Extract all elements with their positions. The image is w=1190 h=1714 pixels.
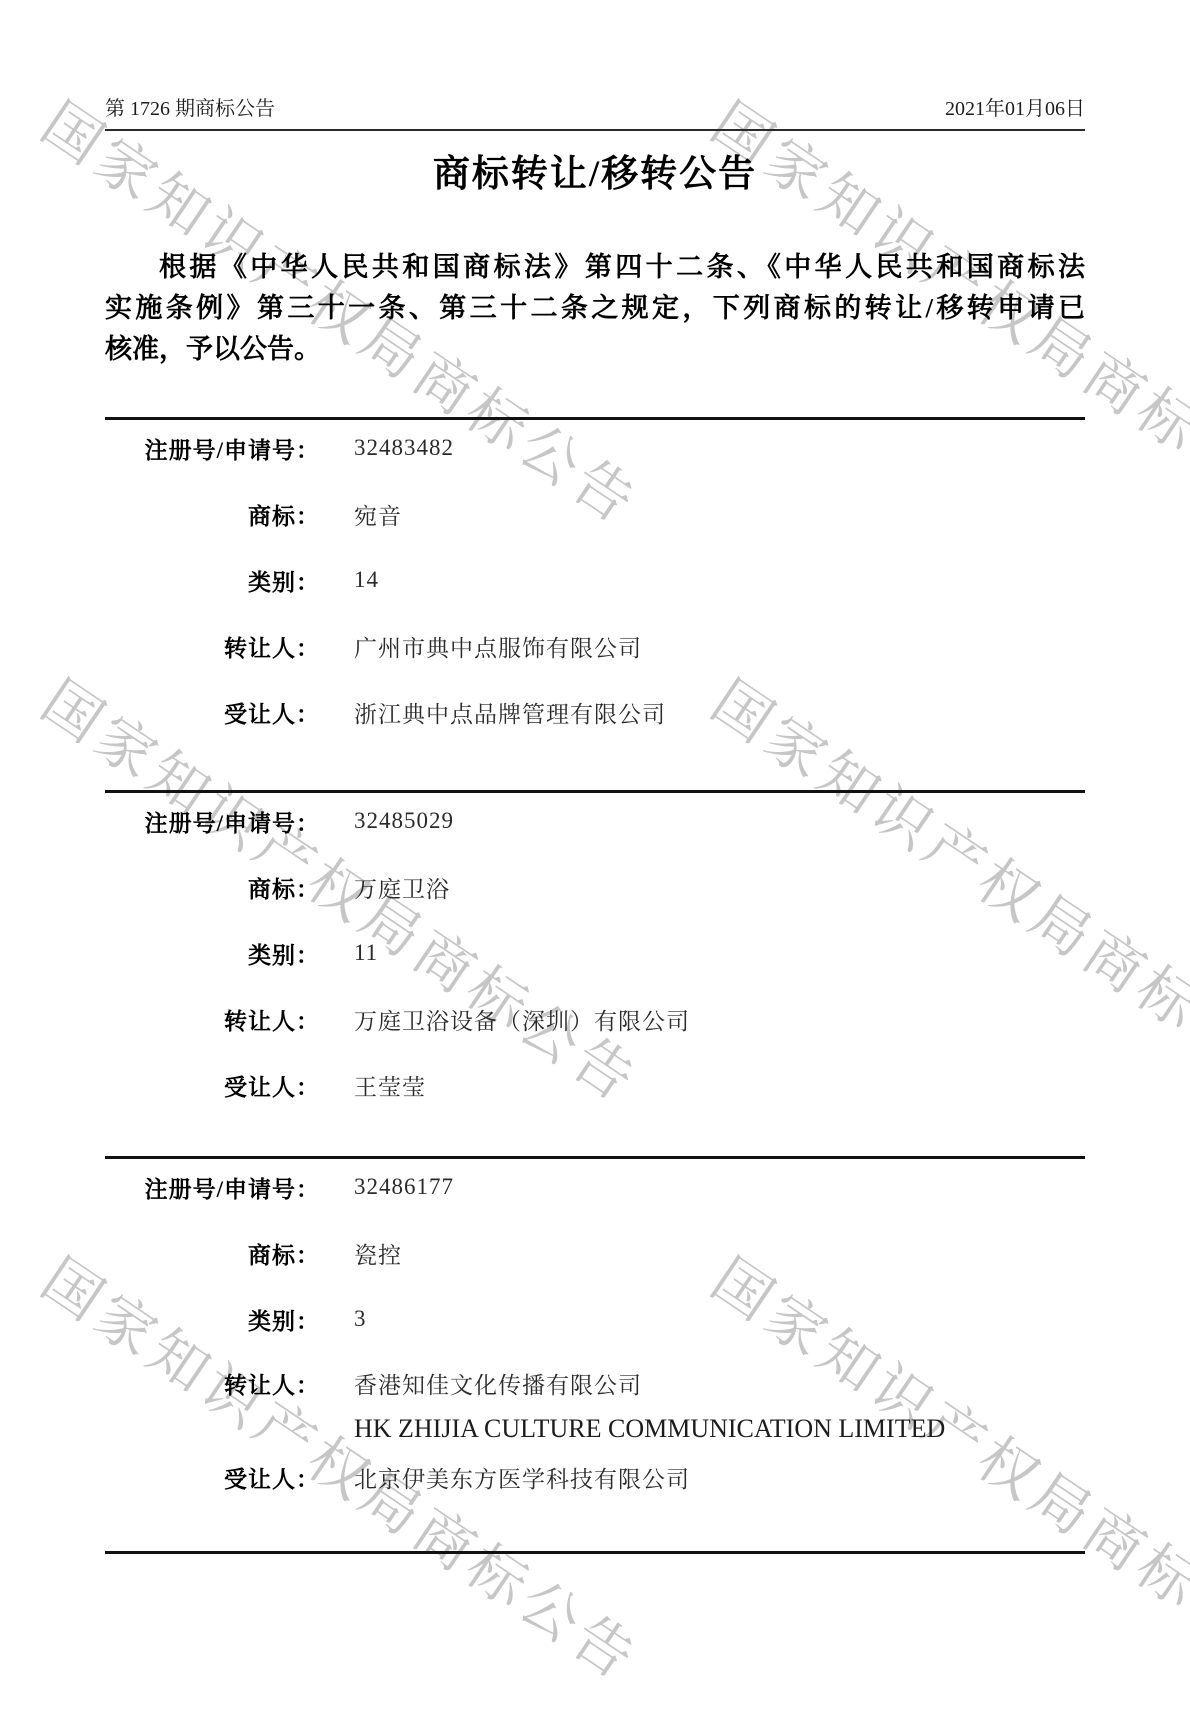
field-label: 注册号/申请号： [105,805,320,838]
field-row-assignee: 受让人： 王莹莹 [105,1052,1085,1118]
field-label: 类别： [105,1303,320,1336]
field-label: 受让人： [105,1069,320,1102]
field-label: 商标： [105,498,320,531]
page-header: 第 1726 期商标公告 2021年01月06日 [105,92,1085,121]
trademark-name: 万庭卫浴 [354,871,450,904]
field-row-class: 类别： 3 [105,1286,1085,1352]
header-rule [105,129,1085,131]
field-row-assignor: 转让人： 万庭卫浴设备（深圳）有限公司 [105,986,1085,1052]
assignor-name-cn: 香港知佳文化传播有限公司 [354,1373,642,1398]
page-title: 商标转让/移转公告 [105,143,1085,197]
field-label: 受让人： [105,696,320,729]
assignee-name: 浙江典中点品牌管理有限公司 [354,696,666,729]
registration-number: 32486177 [354,1174,454,1200]
trademark-record: 注册号/申请号： 32483482 商标： 宛音 类别： 14 转让人： 广州市… [105,415,1085,745]
field-label: 商标： [105,1237,320,1270]
field-label: 类别： [105,564,320,597]
field-label: 转让人： [105,1003,320,1036]
intro-paragraph: 根据《中华人民共和国商标法》第四十二条、《中华人民共和国商标法 实施条例》第三十… [105,247,1085,370]
field-row-class: 类别： 14 [105,547,1085,613]
trademark-name: 瓷控 [354,1237,402,1270]
assignee-name: 王莹莹 [354,1069,426,1102]
field-label: 转让人： [105,1364,320,1408]
assignor-name-en: HK ZHIJIA CULTURE COMMUNICATION LIMITED [354,1414,945,1443]
trademark-name: 宛音 [354,498,402,531]
registration-number: 32485029 [354,808,454,834]
field-label: 注册号/申请号： [105,432,320,465]
field-row-reg-no: 注册号/申请号： 32485029 [105,788,1085,854]
intro-line: 核准，予以公告。 [105,329,1085,370]
field-row-trademark: 商标： 宛音 [105,481,1085,547]
gazette-page: 国家知识产权局商标公告 国家知识产权局商标公告 国家知识产权局商标公告 国家知识… [0,0,1190,1714]
field-label: 注册号/申请号： [105,1171,320,1204]
field-label: 受让人： [105,1461,320,1494]
field-row-assignor: 转让人： 香港知佳文化传播有限公司 HK ZHIJIA CULTURE COMM… [105,1352,1085,1452]
gazette-issue-number: 第 1726 期商标公告 [105,92,275,121]
field-label: 转让人： [105,630,320,663]
record-separator [105,1551,1085,1554]
assignor-name: 广州市典中点服饰有限公司 [354,630,642,663]
field-row-trademark: 商标： 瓷控 [105,1220,1085,1286]
trademark-record: 注册号/申请号： 32485029 商标： 万庭卫浴 类别： 11 转让人： 万… [105,788,1085,1118]
field-label: 类别： [105,937,320,970]
trademark-class: 14 [354,567,379,593]
field-row-trademark: 商标： 万庭卫浴 [105,854,1085,920]
intro-line: 根据《中华人民共和国商标法》第四十二条、《中华人民共和国商标法 [105,247,1085,288]
publication-date: 2021年01月06日 [945,92,1085,121]
field-row-assignee: 受让人： 北京伊美东方医学科技有限公司 [105,1452,1085,1502]
assignor-name: 香港知佳文化传播有限公司 HK ZHIJIA CULTURE COMMUNICA… [354,1364,945,1452]
trademark-class: 11 [354,940,378,966]
registration-number: 32483482 [354,435,454,461]
trademark-record: 注册号/申请号： 32486177 商标： 瓷控 类别： 3 转让人： 香港知佳… [105,1154,1085,1502]
assignee-name: 北京伊美东方医学科技有限公司 [354,1461,690,1494]
field-row-assignor: 转让人： 广州市典中点服饰有限公司 [105,613,1085,679]
field-row-reg-no: 注册号/申请号： 32486177 [105,1154,1085,1220]
assignor-name: 万庭卫浴设备（深圳）有限公司 [354,1003,690,1036]
field-label: 商标： [105,871,320,904]
field-row-reg-no: 注册号/申请号： 32483482 [105,415,1085,481]
intro-line: 实施条例》第三十一条、第三十二条之规定，下列商标的转让/移转申请已 [105,288,1085,329]
field-row-assignee: 受让人： 浙江典中点品牌管理有限公司 [105,679,1085,745]
field-row-class: 类别： 11 [105,920,1085,986]
trademark-class: 3 [354,1306,367,1332]
page-content: 第 1726 期商标公告 2021年01月06日 商标转让/移转公告 根据《中华… [0,0,1190,1714]
